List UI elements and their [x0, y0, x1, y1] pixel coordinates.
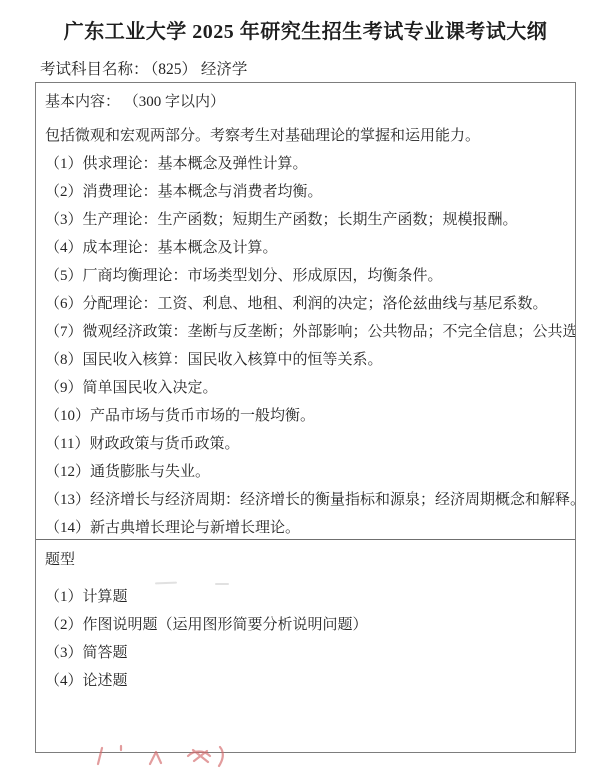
content-item: （9）简单国民收入决定。: [45, 372, 569, 400]
content-item: （1）供求理论：基本概念及弹性计算。: [45, 148, 569, 176]
question-type-item: （2）作图说明题（运用图形简要分析说明问题）: [45, 609, 569, 637]
content-box: 基本内容： （300 字以内） 包括微观和宏观两部分。考察考生对基础理论的掌握和…: [35, 82, 576, 753]
intro-paragraph: 包括微观和宏观两部分。考察考生对基础理论的掌握和运用能力。: [45, 120, 569, 148]
subject-label: 考试科目名称：: [40, 61, 149, 78]
subject-line: 考试科目名称：（825） 经济学: [40, 57, 611, 79]
question-types-list: （1）计算题 （2）作图说明题（运用图形简要分析说明问题） （3）简答题 （4）…: [45, 581, 569, 693]
content-item: （10）产品市场与货币市场的一般均衡。: [45, 400, 569, 428]
content-item: （13）经济增长与经济周期：经济增长的衡量指标和源泉；经济周期概念和解释。: [45, 484, 569, 512]
content-item: （11）财政政策与货币政策。: [45, 428, 569, 456]
content-item: （8）国民收入核算：国民收入核算中的恒等关系。: [45, 344, 569, 372]
content-item: （3）生产理论：生产函数；短期生产函数；长期生产函数；规模报酬。: [45, 204, 569, 232]
question-type-item: （3）简答题: [45, 637, 569, 665]
content-item: （14）新古典增长理论与新增长理论。: [45, 512, 569, 539]
basic-content-section: 基本内容： （300 字以内） 包括微观和宏观两部分。考察考生对基础理论的掌握和…: [36, 83, 575, 539]
content-item: （6）分配理论：工资、利息、地租、利润的决定；洛伦兹曲线与基尼系数。: [45, 288, 569, 316]
content-item: （7）微观经济政策：垄断与反垄断；外部影响；公共物品；不完全信息；公共选择。: [45, 316, 569, 344]
content-item: （2）消费理论：基本概念与消费者均衡。: [45, 176, 569, 204]
scan-artifact: [215, 583, 229, 585]
basic-content-header: 基本内容： （300 字以内）: [45, 90, 569, 116]
question-types-section: 题型 （1）计算题 （2）作图说明题（运用图形简要分析说明问题） （3）简答题 …: [36, 540, 575, 693]
document-page: 广东工业大学 2025 年研究生招生考试专业课考试大纲 考试科目名称：（825）…: [0, 0, 611, 771]
content-item: （4）成本理论：基本概念及计算。: [45, 232, 569, 260]
question-type-item: （4）论述题: [45, 665, 569, 693]
content-item: （5）厂商均衡理论：市场类型划分、形成原因，均衡条件。: [45, 260, 569, 288]
question-types-header: 题型: [45, 544, 569, 572]
content-item: （12）通货膨胀与失业。: [45, 456, 569, 484]
subject-value: （825） 经济学: [151, 61, 248, 78]
question-type-item: （1）计算题: [45, 581, 569, 609]
document-title: 广东工业大学 2025 年研究生招生考试专业课考试大纲: [0, 15, 611, 44]
